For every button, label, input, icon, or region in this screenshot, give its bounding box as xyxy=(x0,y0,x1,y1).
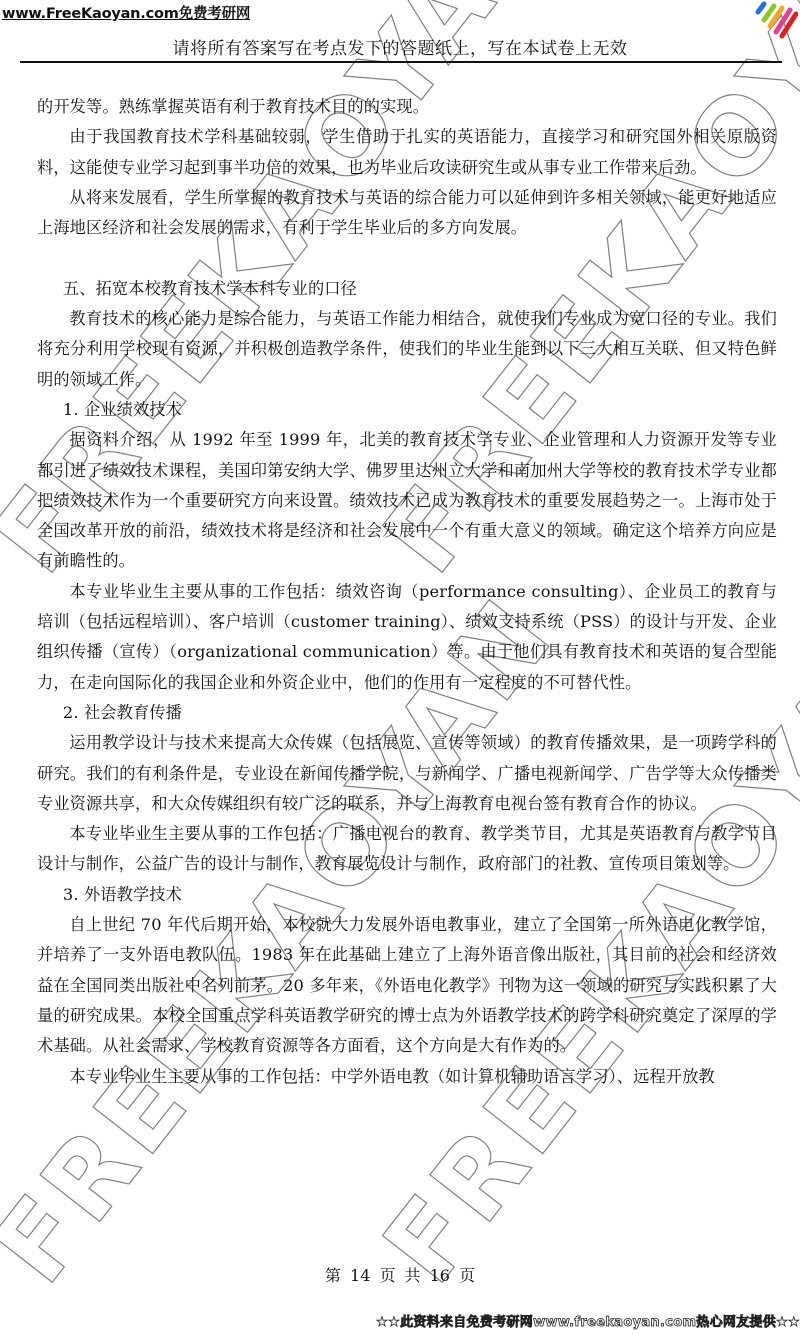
document-body: 的开发等。熟练掌握英语有利于教育技术目的的实现。 由于我国教育技术学科基础较弱，… xyxy=(37,92,777,1092)
paragraph: 自上世纪 70 年代后期开始，本校就大力发展外语电教事业，建立了全国第一所外语电… xyxy=(37,910,777,1061)
paragraph: 本专业毕业生主要从事的工作包括：绩效咨询（performance consult… xyxy=(37,577,777,698)
paragraph: 从将来发展看，学生所掌握的教育技术与英语的综合能力可以延伸到许多相关领域，能更好… xyxy=(37,183,777,244)
paragraph: 运用教学设计与技术来提高大众传媒（包括展览、宣传等领域）的教育传播效果，是一项跨… xyxy=(37,728,777,819)
section-heading: 五、拓宽本校教育技术学本科专业的口径 xyxy=(37,274,777,304)
paragraph: 据资料介绍，从 1992 年至 1999 年，北美的教育技术学专业、企业管理和人… xyxy=(37,425,777,576)
spacer xyxy=(37,243,777,273)
sub-heading: 2. 社会教育传播 xyxy=(37,698,777,728)
paragraph-continuation: 的开发等。熟练掌握英语有利于教育技术目的的实现。 xyxy=(37,92,777,122)
sub-heading: 3. 外语教学技术 xyxy=(37,880,777,910)
paragraph: 由于我国教育技术学科基础较弱，学生借助于扎实的英语能力，直接学习和研究国外相关原… xyxy=(37,122,777,183)
paragraph: 本专业毕业生主要从事的工作包括：广播电视台的教育、教学类节目，尤其是英语教育与教… xyxy=(37,819,777,880)
source-note: ★★此资料来自免费考研网www.freekaoyan.com热心网友提供★★ xyxy=(376,1311,800,1330)
header-divider xyxy=(20,61,782,63)
page-number: 第 14 页 共 16 页 xyxy=(0,1263,800,1286)
exam-notice: 请将所有答案写在考点发下的答题纸上，写在本试卷上无效 xyxy=(0,34,800,59)
site-link[interactable]: www.FreeKaoyan.com免费考研网 xyxy=(2,2,250,23)
paragraph: 本专业毕业生主要从事的工作包括：中学外语电教（如计算机辅助语言学习）、远程开放教 xyxy=(37,1062,777,1092)
paragraph: 教育技术的核心能力是综合能力，与英语工作能力相结合，就使我们专业成为宽口径的专业… xyxy=(37,304,777,395)
sub-heading: 1. 企业绩效技术 xyxy=(37,395,777,425)
